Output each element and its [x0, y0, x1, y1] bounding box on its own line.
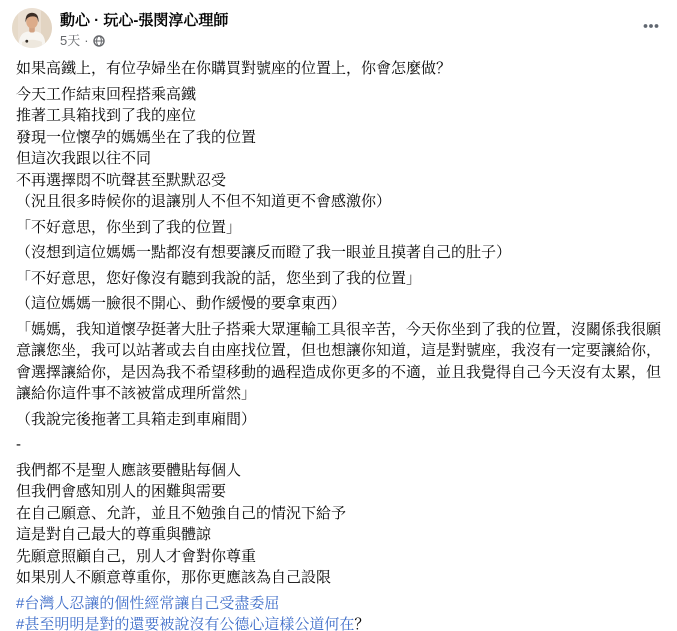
post-text-line: 如果別人不願意尊重你，那你更應該為自己設限 — [16, 569, 331, 586]
hashtag-link[interactable]: #台灣人忍讓的個性經常讓自己受盡委屈 — [16, 595, 279, 612]
post-text-line: 「不好意思，你坐到了我的位置」 — [16, 219, 241, 236]
post-text-line: 不再選擇悶不吭聲甚至默默忍受 — [16, 172, 226, 189]
post-text-line: 我們都不是聖人應該要體貼每個人 — [16, 462, 241, 479]
post-text-line: 但我們會感知別人的困難與需要 — [16, 483, 226, 500]
post-meta: 5天 · — [60, 32, 228, 49]
post-text-line: （況且很多時候你的退讓別人不但不知道更不會感激你） — [16, 193, 391, 210]
post-paragraph: （我說完後拖著工具箱走到車廂間） — [16, 409, 661, 431]
meta-separator: · — [84, 32, 88, 49]
post-text-line: 在自己願意、允許，並且不勉強自己的情況下給予 — [16, 505, 346, 522]
hashtag-line: #甚至明明是對的還要被說沒有公德心這樣公道何在？ — [16, 614, 661, 631]
more-options-button[interactable] — [635, 10, 667, 42]
post-paragraph: 我們都不是聖人應該要體貼每個人但我們會感知別人的困難與需要在自己願意、允許，並且… — [16, 460, 661, 589]
post-paragraph: （沒想到這位媽媽一點都沒有想要讓反而瞪了我一眼並且摸著自己的肚子） — [16, 242, 661, 264]
post-text-line: 今天工作結束回程搭乘高鐵 — [16, 86, 196, 103]
post-text-line: 但這次我跟以往不同 — [16, 150, 151, 167]
page-avatar[interactable] — [12, 8, 52, 48]
post-text-line: （沒想到這位媽媽一點都沒有想要讓反而瞪了我一眼並且摸著自己的肚子） — [16, 244, 511, 261]
post-header: 動心 · 玩心-張閔淳心理師 5天 · — [0, 0, 677, 49]
page-name-link[interactable]: 動心 · 玩心-張閔淳心理師 — [60, 11, 228, 31]
post-paragraph: （這位媽媽一臉很不開心、動作緩慢的要拿東西） — [16, 293, 661, 315]
post-text-line: 「媽媽，我知道懷孕挺著大肚子搭乘大眾運輸工具很辛苦，今天你坐到了我的位置，沒關係… — [16, 321, 661, 403]
hashtag-line: #台灣人忍讓的個性經常讓自己受盡委屈 — [16, 593, 661, 615]
post-paragraph: 「不好意思，你坐到了我的位置」 — [16, 217, 661, 239]
hashtag-suffix: ？ — [354, 616, 369, 631]
post-paragraph: 今天工作結束回程搭乘高鐵推著工具箱找到了我的座位發現一位懷孕的媽媽坐在了我的位置… — [16, 84, 661, 213]
hashtag-link[interactable]: #甚至明明是對的還要被說沒有公德心這樣公道何在 — [16, 616, 354, 631]
post-timestamp[interactable]: 5天 — [60, 32, 80, 49]
post-body: 如果高鐵上，有位孕婦坐在你購買對號座的位置上，你會怎麼做？今天工作結束回程搭乘高… — [0, 49, 677, 631]
post-text-line: - — [16, 436, 21, 453]
post-paragraph: - — [16, 434, 661, 456]
globe-privacy-icon — [93, 35, 105, 47]
avatar-person-icon — [12, 8, 52, 48]
post-text-line: 如果高鐵上，有位孕婦坐在你購買對號座的位置上，你會怎麼做？ — [16, 60, 451, 77]
header-text: 動心 · 玩心-張閔淳心理師 5天 · — [60, 8, 228, 49]
post-text-line: 發現一位懷孕的媽媽坐在了我的位置 — [16, 129, 256, 146]
post-text-line: （我說完後拖著工具箱走到車廂間） — [16, 411, 256, 428]
post-text-line: 推著工具箱找到了我的座位 — [16, 107, 196, 124]
post-text-line: 這是對自己最大的尊重與體諒 — [16, 526, 211, 543]
hashtag-block: #台灣人忍讓的個性經常讓自己受盡委屈#甚至明明是對的還要被說沒有公德心這樣公道何… — [16, 593, 661, 631]
post-paragraph: 「媽媽，我知道懷孕挺著大肚子搭乘大眾運輸工具很辛苦，今天你坐到了我的位置，沒關係… — [16, 319, 661, 405]
post-paragraph: 如果高鐵上，有位孕婦坐在你購買對號座的位置上，你會怎麼做？ — [16, 58, 661, 80]
post-text-line: （這位媽媽一臉很不開心、動作緩慢的要拿東西） — [16, 295, 346, 312]
post-text-line: 「不好意思，您好像沒有聽到我說的話，您坐到了我的位置」 — [16, 270, 421, 287]
facebook-post-card: 動心 · 玩心-張閔淳心理師 5天 · 如 — [0, 0, 677, 631]
post-paragraph: 「不好意思，您好像沒有聽到我說的話，您坐到了我的位置」 — [16, 268, 661, 290]
ellipsis-icon — [641, 16, 661, 36]
post-text-line: 先願意照顧自己，別人才會對你尊重 — [16, 548, 256, 565]
